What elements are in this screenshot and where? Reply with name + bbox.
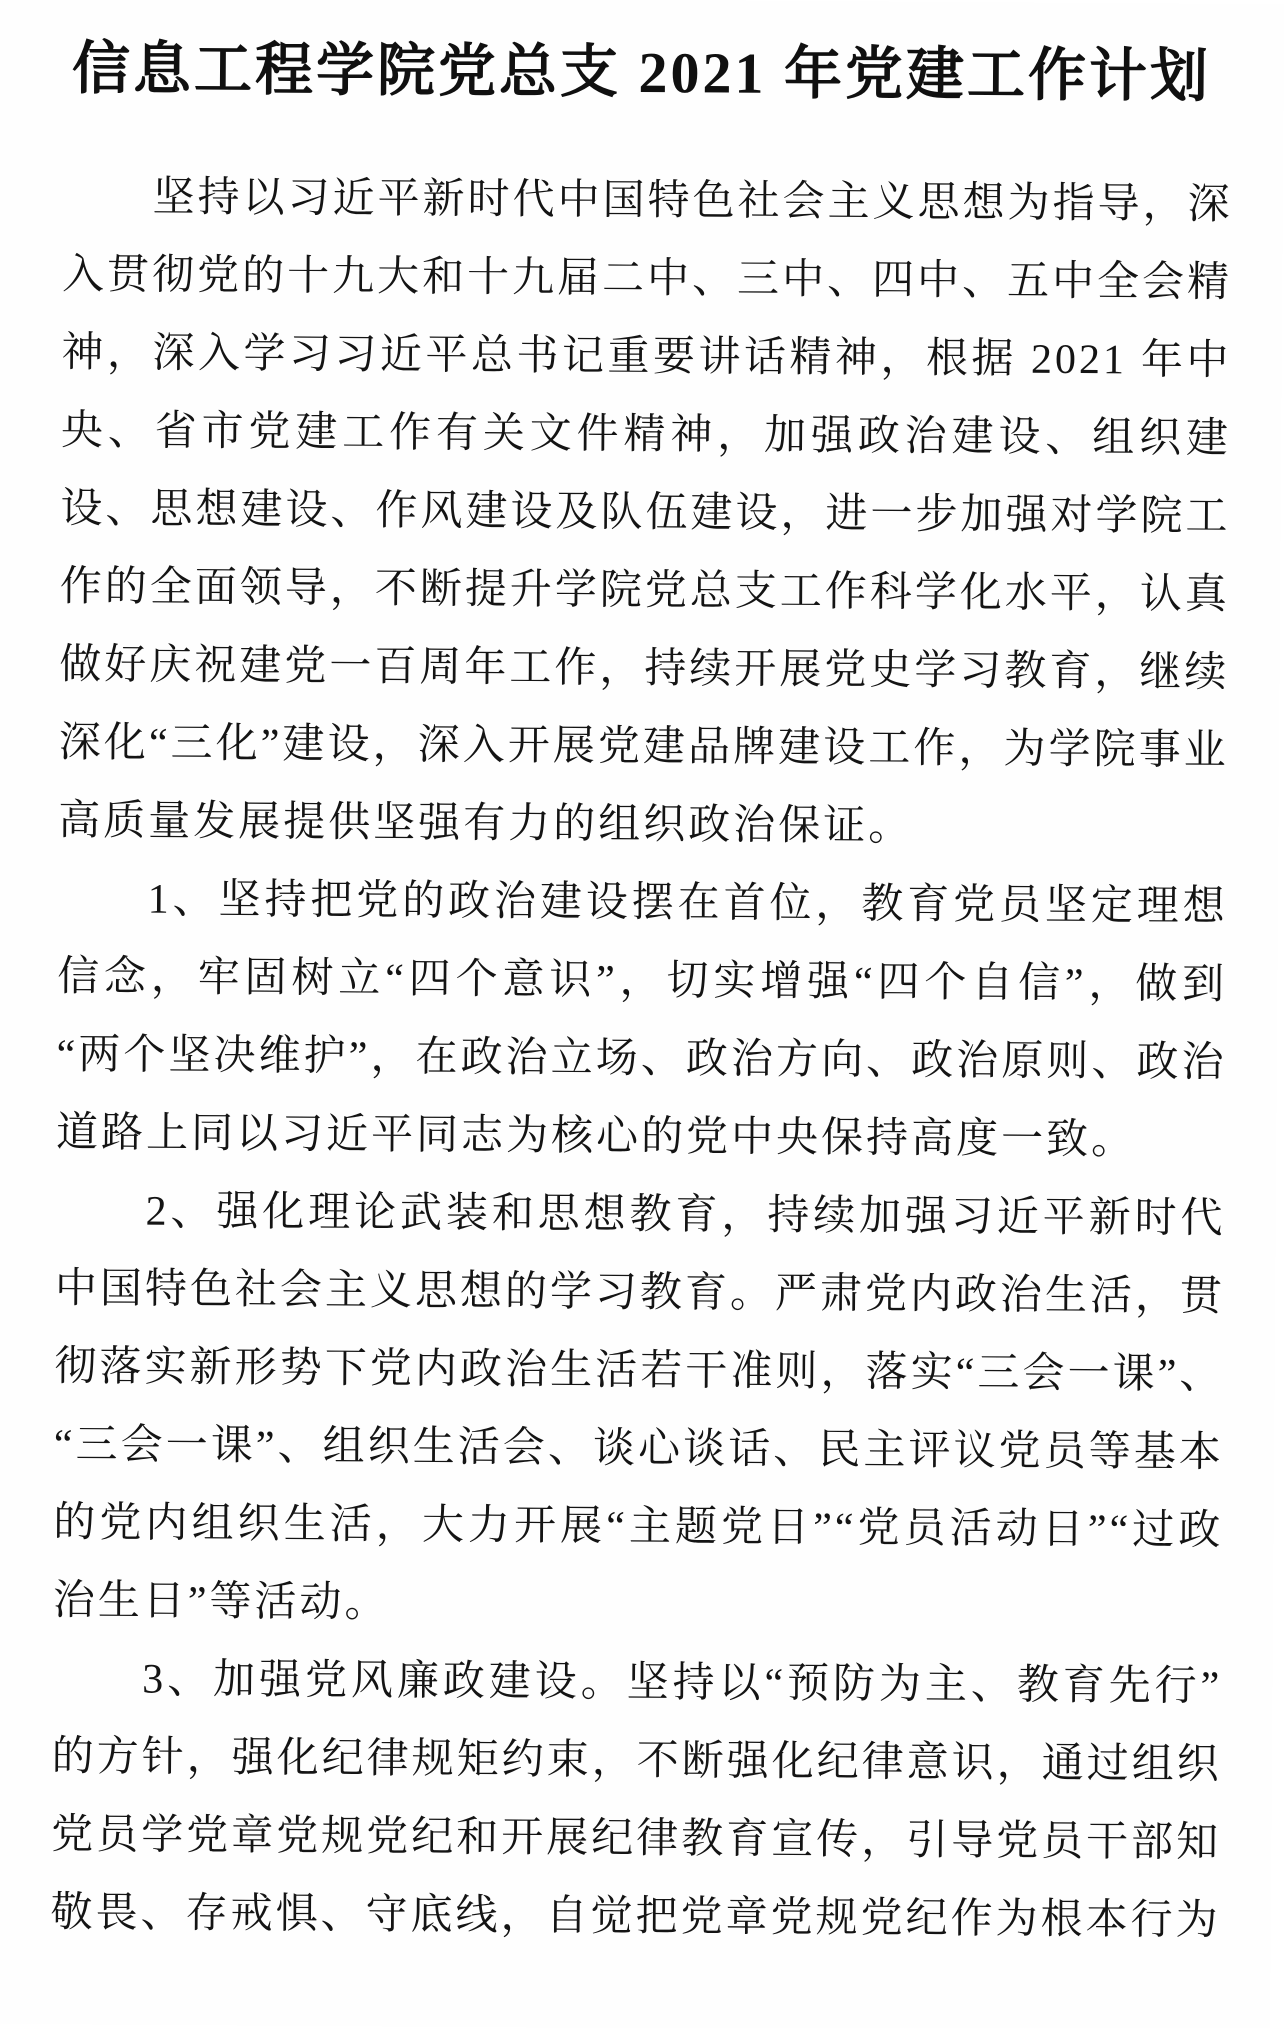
document-page: 信息工程学院党总支 2021 年党建工作计划 坚持以习近平新时代中国特色社会主义…: [0, 0, 1284, 2028]
paragraph-item-3: 3、加强党风廉政建设。坚持以“预防为主、教育先行”的方针，强化纪律规矩约束，不断…: [50, 1640, 1222, 1960]
paragraph-item-1: 1、坚持把党的政治建设摆在首位，教育党员坚定理想信念，牢固树立“四个意识”，切实…: [56, 860, 1228, 1180]
paragraph-item-2: 2、强化理论武装和思想教育，持续加强习近平新时代中国特色社会主义思想的学习教育。…: [53, 1172, 1226, 1648]
document-title: 信息工程学院党总支 2021 年党建工作计划: [0, 0, 1284, 114]
paragraph-intro: 坚持以习近平新时代中国特色社会主义思想为指导，深入贯彻党的十九大和十九届二中、三…: [58, 158, 1233, 868]
document-body: 坚持以习近平新时代中国特色社会主义思想为指导，深入贯彻党的十九大和十九届二中、三…: [50, 158, 1232, 1960]
